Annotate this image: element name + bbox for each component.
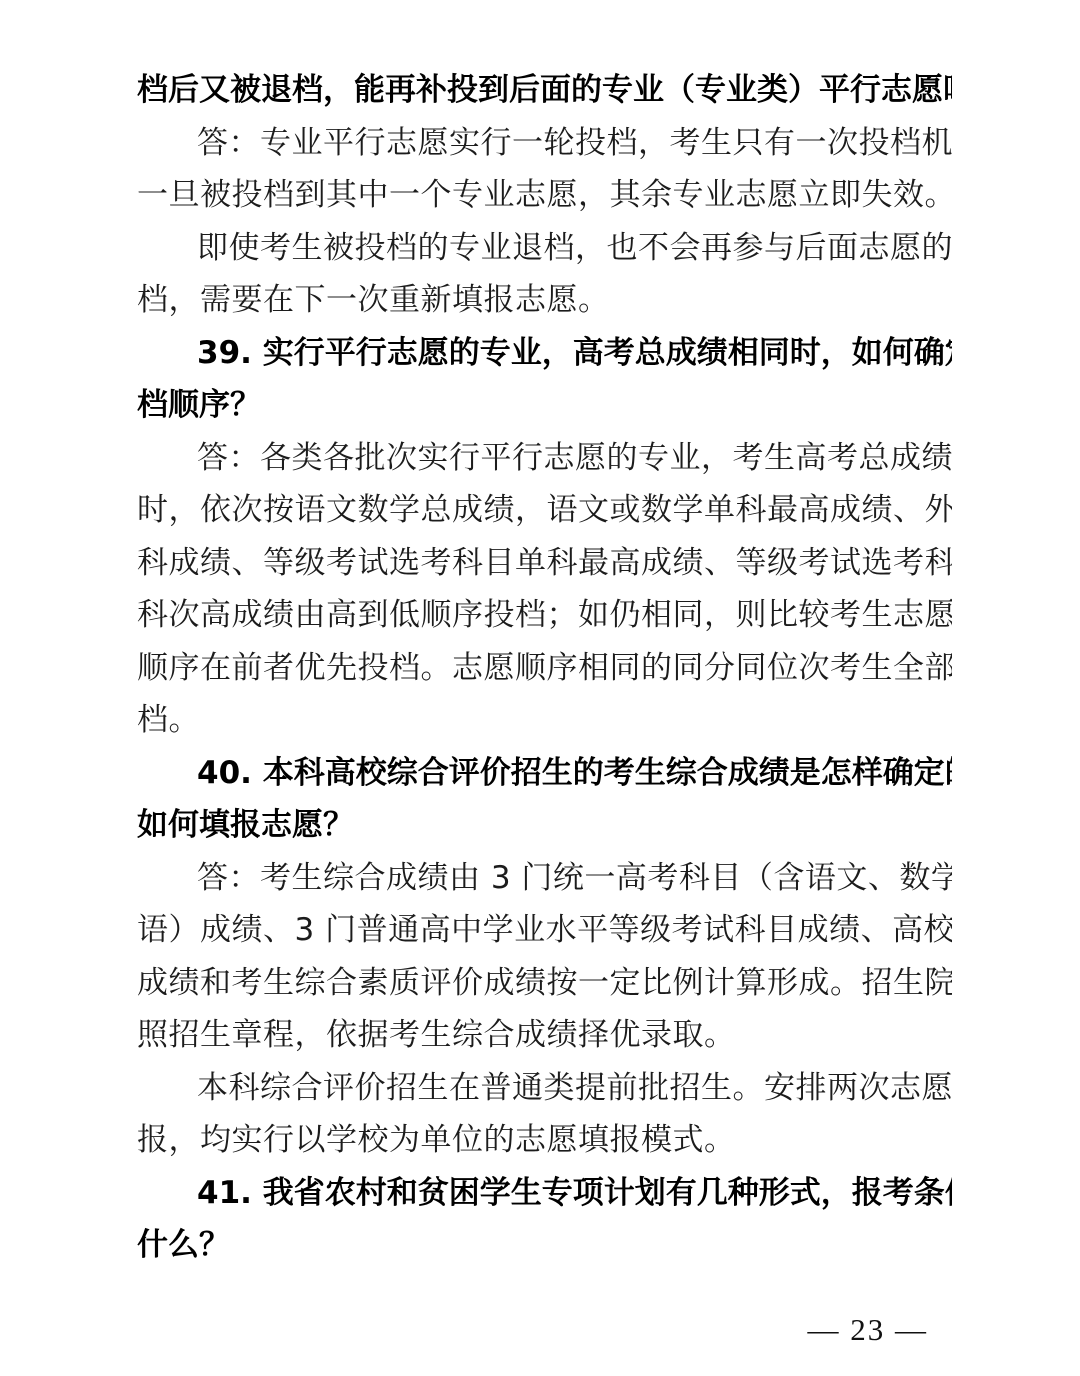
answer-40-line: 报，均实行以学校为单位的志愿填报模式。 — [137, 1114, 952, 1167]
answer-39-line: 时，依次按语文数学总成绩，语文或数学单科最高成绩、外语单 — [137, 484, 952, 537]
answer-40-line: 答：考生综合成绩由 3 门统一高考科目（含语文、数学、外 — [137, 852, 952, 905]
answer-38-line: 档，需要在下一次重新填报志愿。 — [137, 274, 952, 327]
question-39-heading-line: 39. 实行平行志愿的专业，高考总成绩相同时，如何确定投 — [137, 327, 952, 380]
answer-40-line: 照招生章程，依据考生综合成绩择优录取。 — [137, 1009, 952, 1062]
answer-39-line: 顺序在前者优先投档。志愿顺序相同的同分同位次考生全部投 — [137, 642, 952, 695]
answer-39-line: 科成绩、等级考试选考科目单科最高成绩、等级考试选考科目单 — [137, 537, 952, 590]
answer-38-line: 答：专业平行志愿实行一轮投档，考生只有一次投档机会， — [137, 117, 952, 170]
answer-40-line: 本科综合评价招生在普通类提前批招生。安排两次志愿填 — [137, 1062, 952, 1115]
document-body: 档后又被退档，能再补投到后面的专业（专业类）平行志愿吗？ 答：专业平行志愿实行一… — [137, 64, 952, 1272]
question-39-heading-line: 档顺序？ — [137, 379, 952, 432]
answer-39-line: 档。 — [137, 694, 952, 747]
question-41-heading-line: 什么？ — [137, 1219, 952, 1272]
answer-38-line: 一旦被投档到其中一个专业志愿，其余专业志愿立即失效。 — [137, 169, 952, 222]
question-38-continuation-line: 档后又被退档，能再补投到后面的专业（专业类）平行志愿吗？ — [137, 64, 952, 117]
document-page: 档后又被退档，能再补投到后面的专业（专业类）平行志愿吗？ 答：专业平行志愿实行一… — [0, 0, 1080, 1376]
answer-39-line: 科次高成绩由高到低顺序投档；如仍相同，则比较考生志愿顺序， — [137, 589, 952, 642]
question-41-heading-line: 41. 我省农村和贫困学生专项计划有几种形式，报考条件是 — [137, 1167, 952, 1220]
answer-40-line: 语）成绩、3 门普通高中学业水平等级考试科目成绩、高校考核 — [137, 904, 952, 957]
answer-39-line: 答：各类各批次实行平行志愿的专业，考生高考总成绩相同 — [137, 432, 952, 485]
page-number: — 23 — — [808, 1312, 929, 1348]
answer-38-line: 即使考生被投档的专业退档，也不会再参与后面志愿的投 — [137, 222, 952, 275]
question-40-heading-line: 40. 本科高校综合评价招生的考生综合成绩是怎样确定的？ — [137, 747, 952, 800]
answer-40-line: 成绩和考生综合素质评价成绩按一定比例计算形成。招生院校按 — [137, 957, 952, 1010]
question-40-heading-line: 如何填报志愿？ — [137, 799, 952, 852]
